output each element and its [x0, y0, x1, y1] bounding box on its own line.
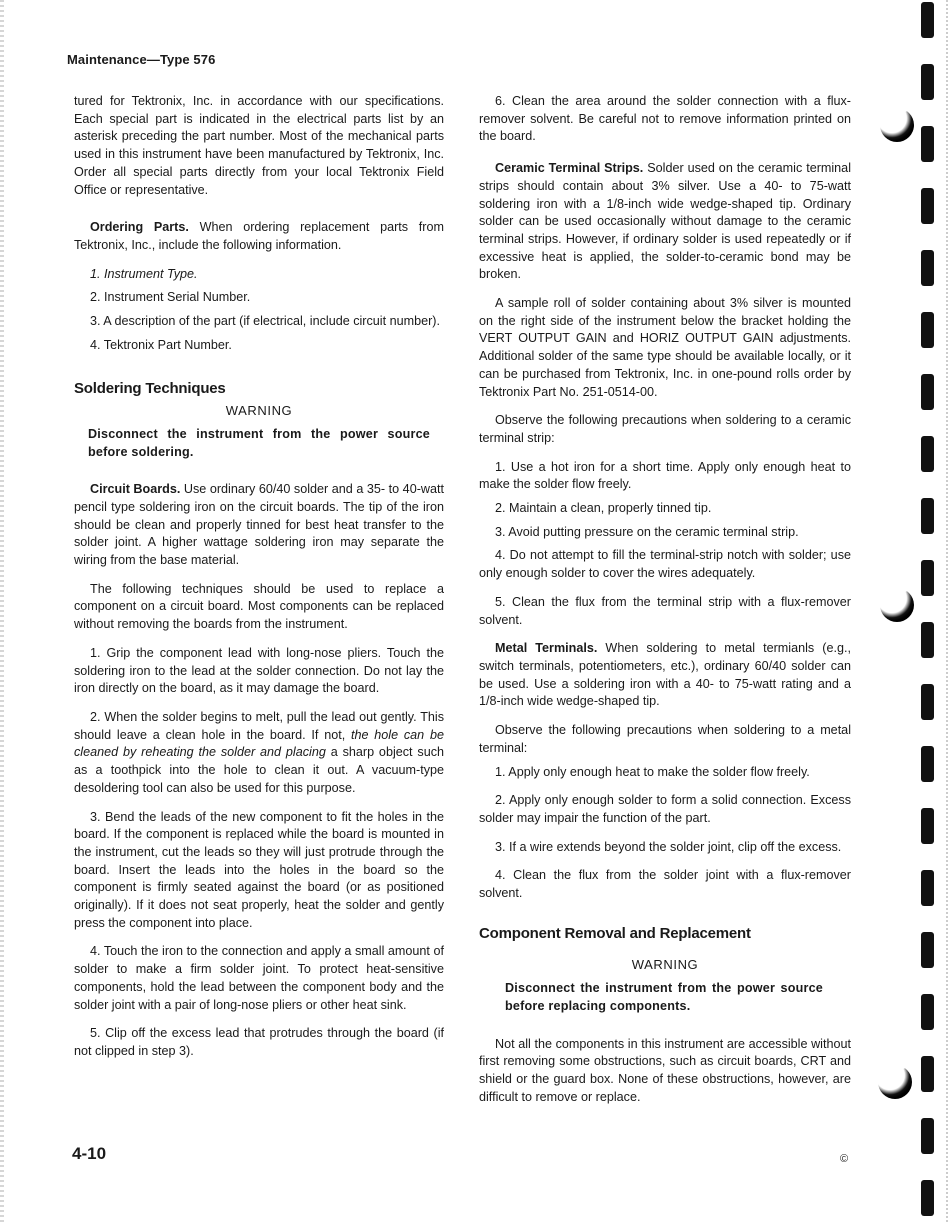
metal-precaution: 3. If a wire extends beyond the solder j…: [479, 839, 851, 857]
circuit-boards-lead: Circuit Boards.: [90, 482, 180, 496]
binding-mark: [921, 374, 934, 410]
technique-step: 6. Clean the area around the solder conn…: [479, 93, 851, 146]
ceramic-paragraph: Ceramic Terminal Strips. Solder used on …: [479, 160, 851, 284]
technique-step: 5. Clip off the excess lead that protrud…: [74, 1025, 444, 1060]
metal-precaution: 4. Clean the flux from the solder joint …: [479, 867, 851, 902]
warning-title: WARNING: [479, 956, 851, 974]
binding-mark: [921, 746, 934, 782]
intro-paragraph: tured for Tektronix, Inc. in accordance …: [74, 93, 444, 199]
punch-hole-icon: [880, 108, 914, 142]
technique-step: 2. When the solder begins to melt, pull …: [74, 709, 444, 798]
metal-paragraph: Metal Terminals. When soldering to metal…: [479, 640, 851, 711]
page-number: 4-10: [72, 1144, 106, 1164]
scan-left-edge: [0, 0, 4, 1224]
punch-hole-icon: [880, 588, 914, 622]
binding-mark: [921, 932, 934, 968]
ceramic-precaution: 3. Avoid putting pressure on the ceramic…: [479, 524, 851, 542]
ordering-item: 3. A description of the part (if electri…: [74, 313, 444, 331]
warning-body: Disconnect the instrument from the power…: [505, 980, 823, 1015]
circuit-boards-paragraph: Circuit Boards. Use ordinary 60/40 solde…: [74, 481, 444, 570]
binding-mark: [921, 188, 934, 224]
ordering-parts-lead: Ordering Parts.: [90, 220, 189, 234]
technique-step: 4. Touch the iron to the connection and …: [74, 943, 444, 1014]
copyright-icon: ©: [840, 1153, 848, 1165]
punch-hole-icon: [878, 1065, 912, 1099]
binding-mark: [921, 436, 934, 472]
ceramic-precautions-intro: Observe the following precautions when s…: [479, 412, 851, 447]
binding-mark: [921, 64, 934, 100]
scan-right-edge: [946, 0, 948, 1224]
technique-step: 1. Grip the component lead with long-nos…: [74, 645, 444, 698]
ceramic-precaution: 1. Use a hot iron for a short time. Appl…: [479, 459, 851, 494]
warning-body: Disconnect the instrument from the power…: [88, 426, 430, 461]
metal-precaution: 2. Apply only enough solder to form a so…: [479, 792, 851, 827]
ceramic-precaution: 5. Clean the flux from the terminal stri…: [479, 594, 851, 629]
binding-mark: [921, 2, 934, 38]
left-column: tured for Tektronix, Inc. in accordance …: [74, 93, 444, 1072]
binding-mark: [921, 1180, 934, 1216]
running-head: Maintenance—Type 576: [67, 52, 215, 67]
binding-mark: [921, 994, 934, 1030]
section-title-soldering: Soldering Techniques: [74, 380, 444, 398]
binding-mark: [921, 560, 934, 596]
binding-mark: [921, 1118, 934, 1154]
binding-mark: [921, 498, 934, 534]
right-column: 6. Clean the area around the solder conn…: [479, 93, 851, 1117]
technique-step: 3. Bend the leads of the new component t…: [74, 809, 444, 933]
binding-mark: [921, 126, 934, 162]
binding-mark: [921, 622, 934, 658]
section-title-component-removal: Component Removal and Replacement: [479, 925, 851, 943]
ordering-item: 4. Tektronix Part Number.: [74, 337, 444, 355]
sample-roll-paragraph: A sample roll of solder containing about…: [479, 295, 851, 401]
metal-lead: Metal Terminals.: [495, 641, 597, 655]
metal-precautions-intro: Observe the following precautions when s…: [479, 722, 851, 757]
binding-mark: [921, 1056, 934, 1092]
component-removal-paragraph: Not all the components in this instrumen…: [479, 1036, 851, 1107]
ordering-item: 2. Instrument Serial Number.: [74, 289, 444, 307]
binding-mark: [921, 870, 934, 906]
warning-title: WARNING: [74, 402, 444, 420]
binding-mark: [921, 808, 934, 844]
binding-mark: [921, 250, 934, 286]
binding-mark: [921, 684, 934, 720]
ordering-parts-paragraph: Ordering Parts. When ordering replacemen…: [74, 219, 444, 254]
ceramic-precaution: 4. Do not attempt to fill the terminal-s…: [479, 547, 851, 582]
techniques-intro: The following techniques should be used …: [74, 581, 444, 634]
ceramic-lead: Ceramic Terminal Strips.: [495, 161, 643, 175]
ordering-item: 1. Instrument Type.: [74, 266, 444, 284]
ceramic-precaution: 2. Maintain a clean, properly tinned tip…: [479, 500, 851, 518]
metal-precaution: 1. Apply only enough heat to make the so…: [479, 764, 851, 782]
binding-mark: [921, 312, 934, 348]
